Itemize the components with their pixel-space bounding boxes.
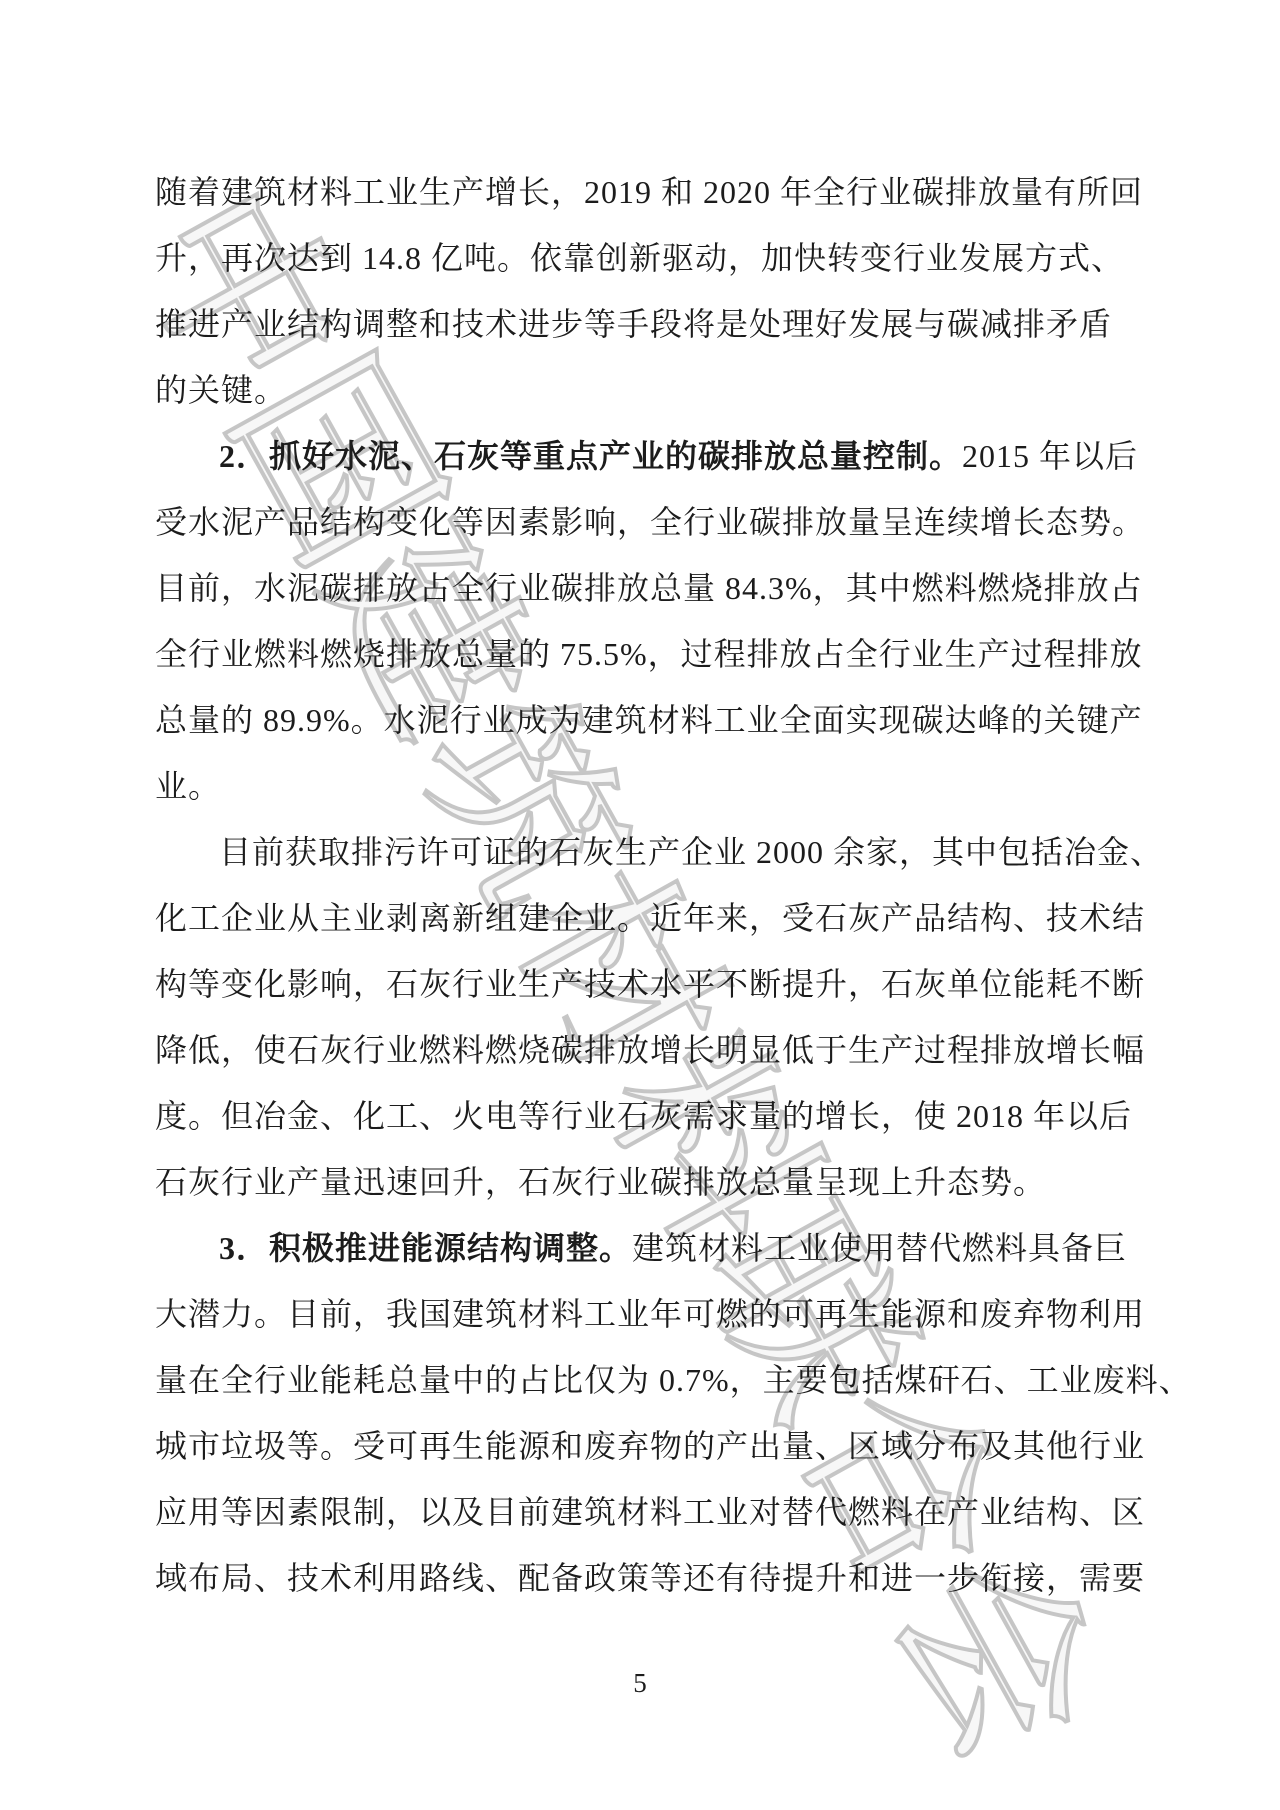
text-line-12: 化工企业从主业剥离新组建企业。近年来，受石灰产品结构、技术结 bbox=[155, 885, 1090, 951]
line-text: 目前，水泥碳排放占全行业碳排放总量 84.3%，其中燃料燃烧排放占 bbox=[155, 570, 1143, 606]
text-line-6: 受水泥产品结构变化等因素影响，全行业碳排放量呈连续增长态势。 bbox=[155, 489, 1090, 555]
text-line-16: 石灰行业产量迅速回升，石灰行业碳排放总量呈现上升态势。 bbox=[155, 1149, 1090, 1215]
text-line-9: 总量的 89.9%。水泥行业成为建筑材料工业全面实现碳达峰的关键产 bbox=[155, 687, 1090, 753]
text-line-19: 量在全行业能耗总量中的占比仅为 0.7%，主要包括煤矸石、工业废料、 bbox=[155, 1347, 1090, 1413]
text-line-14: 降低，使石灰行业燃料燃烧碳排放增长明显低于生产过程排放增长幅 bbox=[155, 1017, 1090, 1083]
text-line-10: 业。 bbox=[155, 753, 1090, 819]
line-text: 2015 年以后 bbox=[962, 438, 1138, 474]
page-number: 5 bbox=[0, 1668, 1280, 1699]
text-line-17: 3．积极推进能源结构调整。建筑材料工业使用替代燃料具备巨 bbox=[155, 1215, 1090, 1281]
line-text: 受水泥产品结构变化等因素影响，全行业碳排放量呈连续增长态势。 bbox=[155, 504, 1145, 540]
text-line-15: 度。但冶金、化工、火电等行业石灰需求量的增长，使 2018 年以后 bbox=[155, 1083, 1090, 1149]
document-page: 中国建筑材料联合会 随着建筑材料工业生产增长，2019 和 2020 年全行业碳… bbox=[0, 0, 1280, 1810]
line-text: 推进产业结构调整和技术进步等手段将是处理好发展与碳减排矛盾 bbox=[155, 306, 1112, 342]
line-text: 的关键。 bbox=[155, 372, 287, 408]
line-text: 城市垃圾等。受可再生能源和废弃物的产出量、区域分布及其他行业 bbox=[155, 1428, 1145, 1464]
body-text: 随着建筑材料工业生产增长，2019 和 2020 年全行业碳排放量有所回 升，再… bbox=[155, 159, 1090, 1611]
line-text: 业。 bbox=[155, 768, 221, 804]
line-text: 升，再次达到 14.8 亿吨。依靠创新驱动，加快转变行业发展方式、 bbox=[155, 240, 1124, 276]
line-text: 目前获取排污许可证的石灰生产企业 2000 余家，其中包括冶金、 bbox=[219, 834, 1163, 870]
line-text: 域布局、技术利用路线、配备政策等还有待提升和进一步衔接，需要 bbox=[155, 1560, 1145, 1596]
line-text: 化工企业从主业剥离新组建企业。近年来，受石灰产品结构、技术结 bbox=[155, 900, 1145, 936]
line-text: 度。但冶金、化工、火电等行业石灰需求量的增长，使 2018 年以后 bbox=[155, 1098, 1132, 1134]
line-text: 总量的 89.9%。水泥行业成为建筑材料工业全面实现碳达峰的关键产 bbox=[155, 702, 1143, 738]
text-line-1: 随着建筑材料工业生产增长，2019 和 2020 年全行业碳排放量有所回 bbox=[155, 159, 1090, 225]
text-line-21: 应用等因素限制，以及目前建筑材料工业对替代燃料在产业结构、区 bbox=[155, 1479, 1090, 1545]
text-line-3: 推进产业结构调整和技术进步等手段将是处理好发展与碳减排矛盾 bbox=[155, 291, 1090, 357]
text-line-13: 构等变化影响，石灰行业生产技术水平不断提升，石灰单位能耗不断 bbox=[155, 951, 1090, 1017]
line-text: 石灰行业产量迅速回升，石灰行业碳排放总量呈现上升态势。 bbox=[155, 1164, 1046, 1200]
text-line-8: 全行业燃料燃烧排放总量的 75.5%，过程排放占全行业生产过程排放 bbox=[155, 621, 1090, 687]
line-text: 降低，使石灰行业燃料燃烧碳排放增长明显低于生产过程排放增长幅 bbox=[155, 1032, 1145, 1068]
line-text: 建筑材料工业使用替代燃料具备巨 bbox=[632, 1230, 1127, 1266]
text-line-7: 目前，水泥碳排放占全行业碳排放总量 84.3%，其中燃料燃烧排放占 bbox=[155, 555, 1090, 621]
text-line-5: 2．抓好水泥、石灰等重点产业的碳排放总量控制。2015 年以后 bbox=[155, 423, 1090, 489]
line-text: 应用等因素限制，以及目前建筑材料工业对替代燃料在产业结构、区 bbox=[155, 1494, 1145, 1530]
line-text: 构等变化影响，石灰行业生产技术水平不断提升，石灰单位能耗不断 bbox=[155, 966, 1145, 1002]
line-text: 大潜力。目前，我国建筑材料工业年可燃的可再生能源和废弃物利用 bbox=[155, 1296, 1145, 1332]
text-line-4: 的关键。 bbox=[155, 357, 1090, 423]
text-line-20: 城市垃圾等。受可再生能源和废弃物的产出量、区域分布及其他行业 bbox=[155, 1413, 1090, 1479]
section-2-heading: 2．抓好水泥、石灰等重点产业的碳排放总量控制。 bbox=[219, 438, 962, 474]
text-line-2: 升，再次达到 14.8 亿吨。依靠创新驱动，加快转变行业发展方式、 bbox=[155, 225, 1090, 291]
line-text: 全行业燃料燃烧排放总量的 75.5%，过程排放占全行业生产过程排放 bbox=[155, 636, 1143, 672]
section-3-heading: 3．积极推进能源结构调整。 bbox=[219, 1230, 632, 1266]
text-line-11: 目前获取排污许可证的石灰生产企业 2000 余家，其中包括冶金、 bbox=[155, 819, 1090, 885]
text-line-18: 大潜力。目前，我国建筑材料工业年可燃的可再生能源和废弃物利用 bbox=[155, 1281, 1090, 1347]
line-text: 随着建筑材料工业生产增长，2019 和 2020 年全行业碳排放量有所回 bbox=[155, 174, 1143, 210]
text-line-22: 域布局、技术利用路线、配备政策等还有待提升和进一步衔接，需要 bbox=[155, 1545, 1090, 1611]
line-text: 量在全行业能耗总量中的占比仅为 0.7%，主要包括煤矸石、工业废料、 bbox=[155, 1362, 1192, 1398]
